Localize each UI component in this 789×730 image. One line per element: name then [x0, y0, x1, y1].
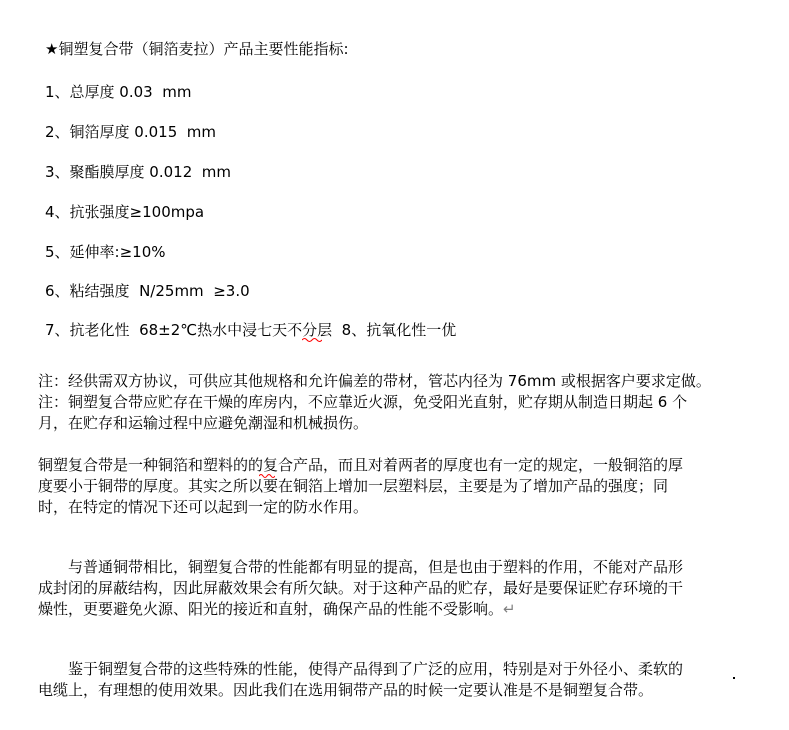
paragraph-line: 鉴于铜塑复合带的这些特殊的性能，使得产品得到了广泛的应用，特别是对于外径小、柔软… — [38, 659, 683, 680]
star-icon: ★ — [45, 40, 58, 58]
paragraph-line: 燥性，更要避免火源、阳光的接近和直射，确保产品的性能不受影响。↵ — [38, 599, 683, 620]
paragraph-application: 鉴于铜塑复合带的这些特殊的性能，使得产品得到了广泛的应用，特别是对于外径小、柔软… — [38, 659, 683, 701]
stray-dot — [733, 677, 735, 679]
document-page: ★铜塑复合带（铜箔麦拉）产品主要性能指标: 1、总厚度 0.03 mm 2、铜箔… — [0, 0, 789, 730]
spellcheck-squiggle-icon — [302, 337, 322, 342]
spec-item-polyester-film-thickness: 3、聚酯膜厚度 0.012 mm — [45, 164, 231, 180]
note-line: 月，在贮存和运输过程中应避免潮湿和机械损伤。 — [38, 413, 711, 434]
notes-block: 注：经供需双方协议，可供应其他规格和允许偏差的带材，管芯内径为 76mm 或根据… — [38, 371, 711, 434]
paragraph-line: 时，在特定的情况下还可以起到一定的防水作用。 — [38, 497, 683, 518]
paragraph-composite-description: 铜塑复合带是一种铜箔和塑料的的复合产品，而且对着两者的厚度也有一定的规定，一般铜… — [38, 455, 683, 518]
note-line: 注：铜塑复合带应贮存在干燥的库房内，不应靠近火源，免受阳光直射，贮存期从制造日期… — [38, 392, 711, 413]
spec-item-total-thickness: 1、总厚度 0.03 mm — [45, 84, 191, 100]
paragraph-line: 铜塑复合带是一种铜箔和塑料的的复合产品，而且对着两者的厚度也有一定的规定，一般铜… — [38, 455, 683, 476]
note-line: 注：经供需双方协议，可供应其他规格和允许偏差的带材，管芯内径为 76mm 或根据… — [38, 371, 711, 392]
spec-item-foil-thickness: 2、铜箔厚度 0.015 mm — [45, 124, 216, 140]
paragraph-comparison: 与普通铜带相比，铜塑复合带的性能都有明显的提高，但是也由于塑料的作用，不能对产品… — [38, 557, 683, 620]
paragraph-line-text: 燥性，更要避免火源、阳光的接近和直射，确保产品的性能不受影响。 — [38, 600, 503, 618]
document-title: ★铜塑复合带（铜箔麦拉）产品主要性能指标: — [45, 41, 349, 58]
spec-item-elongation: 5、延伸率:≥10% — [45, 244, 166, 260]
paragraph-line: 与普通铜带相比，铜塑复合带的性能都有明显的提高，但是也由于塑料的作用，不能对产品… — [38, 557, 683, 578]
document-title-text: 铜塑复合带（铜箔麦拉）产品主要性能指标: — [58, 40, 348, 58]
spec-item-tensile-strength: 4、抗张强度≥100mpa — [45, 204, 204, 220]
paragraph-line: 度要小于铜带的厚度。其实之所以要在铜箔上增加一层塑料层，主要是为了增加产品的强度… — [38, 476, 683, 497]
paragraph-line: 成封闭的屏蔽结构，因此屏蔽效果会有所欠缺。对于这种产品的贮存，最好是要保证贮存环… — [38, 578, 683, 599]
spellcheck-squiggle-icon — [259, 473, 275, 478]
spec-item-aging-oxidation-resistance: 7、抗老化性 68±2℃热水中浸七天不分层 8、抗氧化性一优 — [45, 322, 456, 338]
paragraph-line: 电缆上，有理想的使用效果。因此我们在选用铜带产品的时候一定要认准是不是铜塑复合带… — [38, 680, 683, 701]
paragraph-return-mark: ↵ — [503, 600, 516, 618]
spec-item-bond-strength: 6、粘结强度 N/25mm ≥3.0 — [45, 283, 250, 299]
